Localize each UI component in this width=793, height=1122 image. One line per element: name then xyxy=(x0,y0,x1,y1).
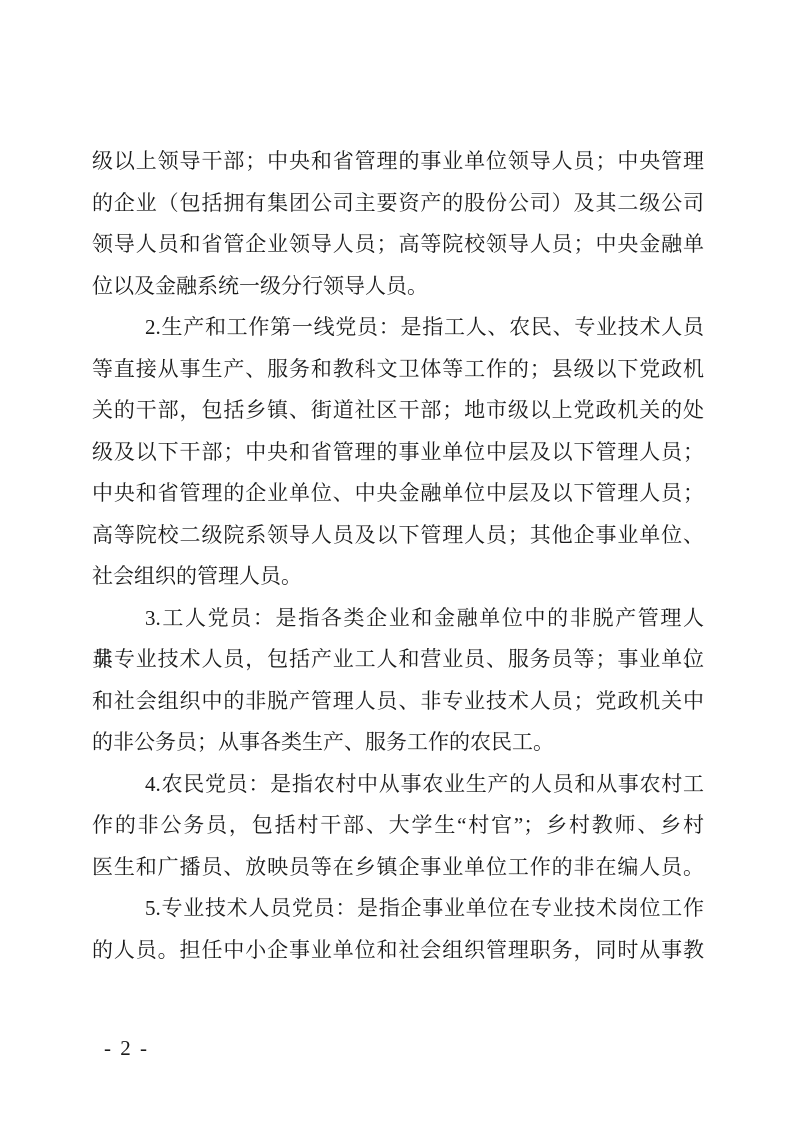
text-line: 社会组织的管理人员。 xyxy=(92,556,704,598)
text-line: 的人员。担任中小企事业单位和社会组织管理职务，同时从事教 xyxy=(92,930,704,972)
text-line: 级以上领导干部；中央和省管理的事业单位领导人员；中央管理 xyxy=(92,141,704,183)
text-line: 级及以下干部；中央和省管理的事业单位中层及以下管理人员； xyxy=(92,432,704,474)
text-line: 的企业（包括拥有集团公司主要资产的股份公司）及其二级公司 xyxy=(92,183,704,225)
text-line: 非专业技术人员，包括产业工人和营业员、服务员等；事业单位 xyxy=(92,639,704,681)
document-body: 级以上领导干部；中央和省管理的事业单位领导人员；中央管理的企业（包括拥有集团公司… xyxy=(92,141,704,971)
text-line: 的非公务员；从事各类生产、服务工作的农民工。 xyxy=(92,722,704,764)
text-line: 2.生产和工作第一线党员：是指工人、农民、专业技术人员 xyxy=(92,307,704,349)
text-line: 关的干部，包括乡镇、街道社区干部；地市级以上党政机关的处 xyxy=(92,390,704,432)
text-line: 医生和广播员、放映员等在乡镇企事业单位工作的非在编人员。 xyxy=(92,847,704,889)
text-line: 作的非公务员，包括村干部、大学生“村官”；乡村教师、乡村 xyxy=(92,805,704,847)
text-line: 5.专业技术人员党员：是指企事业单位在专业技术岗位工作 xyxy=(92,888,704,930)
text-line: 4.农民党员：是指农村中从事农业生产的人员和从事农村工 xyxy=(92,764,704,806)
text-line: 等直接从事生产、服务和教科文卫体等工作的；县级以下党政机 xyxy=(92,349,704,391)
text-line: 3.工人党员：是指各类企业和金融单位中的非脱产管理人员、 xyxy=(92,598,704,640)
page-number: - 2 - xyxy=(104,1036,149,1060)
text-line: 位以及金融系统一级分行领导人员。 xyxy=(92,266,704,308)
text-line: 领导人员和省管企业领导人员；高等院校领导人员；中央金融单 xyxy=(92,224,704,266)
text-line: 中央和省管理的企业单位、中央金融单位中层及以下管理人员； xyxy=(92,473,704,515)
text-line: 和社会组织中的非脱产管理人员、非专业技术人员；党政机关中 xyxy=(92,681,704,723)
document-page: 级以上领导干部；中央和省管理的事业单位领导人员；中央管理的企业（包括拥有集团公司… xyxy=(0,0,793,1122)
text-line: 高等院校二级院系领导人员及以下管理人员；其他企事业单位、 xyxy=(92,515,704,557)
